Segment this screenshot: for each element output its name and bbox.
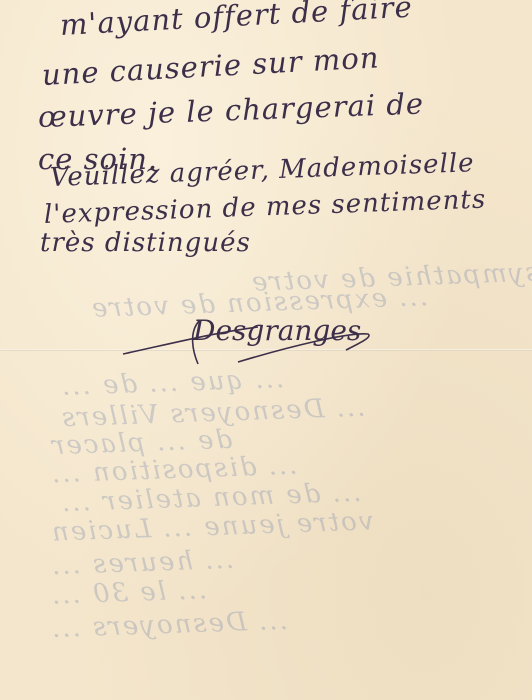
letter-body-line: œuvre je le chargerai de bbox=[37, 87, 424, 134]
signature: Desgranges bbox=[118, 312, 388, 372]
letter-body-line: une causerie sur mon bbox=[41, 40, 380, 92]
letter-closing-line: très distingués bbox=[40, 228, 251, 258]
letter-page: ... sympathie de votre ... expression de… bbox=[0, 0, 532, 700]
bleed-through-line: ... heures ... bbox=[50, 545, 235, 581]
signature-text: Desgranges bbox=[193, 314, 361, 347]
letter-body-line: m'ayant offert de faire bbox=[59, 0, 413, 42]
letter-closing-line: l'expression de mes sentiments bbox=[43, 185, 486, 230]
bleed-through-line: ... Desnoyers ... bbox=[50, 606, 289, 644]
bleed-through-line: ... le 30 ... bbox=[50, 575, 208, 610]
